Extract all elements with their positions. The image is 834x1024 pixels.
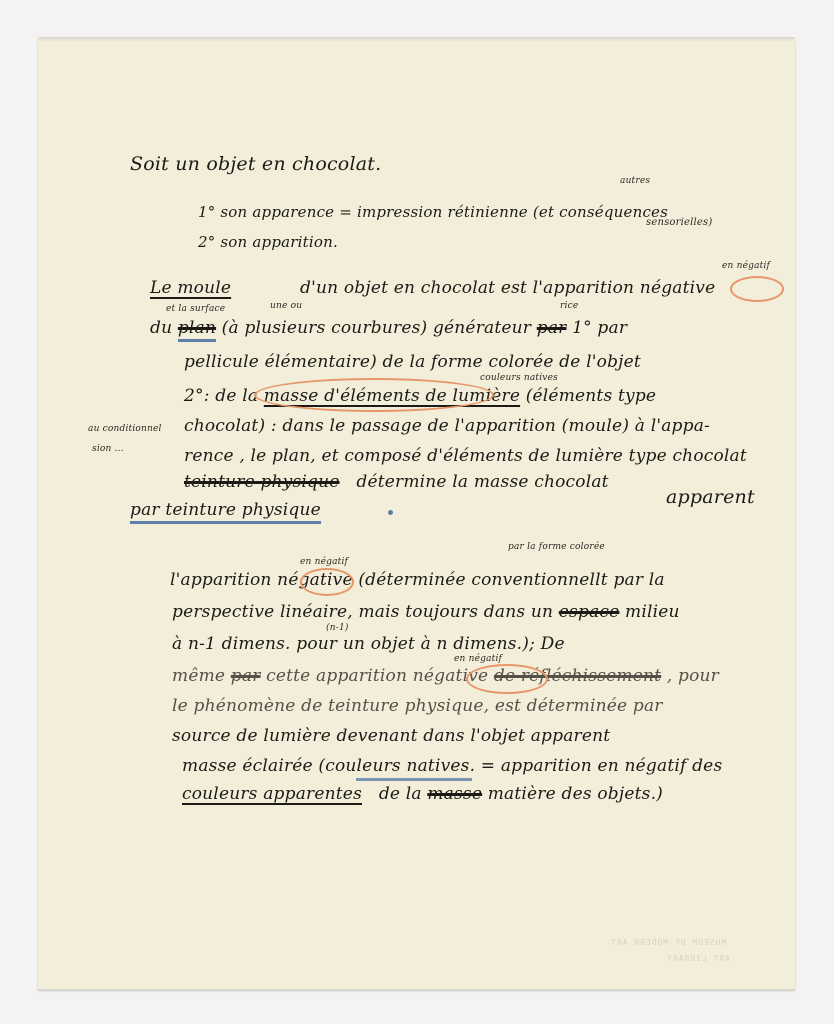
line-masse-eclairee: masse éclairée (couleurs natives. = appa… [182,758,722,775]
line-dimensions: à n-1 dimens. pour un objet à n dimens.)… [172,636,565,653]
annotation-n-1: (n-1) [326,624,349,633]
text-1-par: 1° par [572,318,627,338]
margin-note-conditionnel: au conditionnel [88,425,162,434]
word-du: du [150,318,172,338]
library-stamp-line2: ART LIBRARY [666,954,730,963]
line-apparition-negative: l'apparition négative (déterminée conven… [170,572,665,589]
blue-underline-natives [356,778,472,781]
line-source: source de lumière devenant dans l'objet … [172,728,610,745]
annotation-autres: autres [620,177,650,186]
struck-par-2: par [231,666,261,686]
line-du-plan: du plan (à plusieurs courbures) générate… [150,320,627,337]
annotation-rice: rice [560,302,578,311]
struck-plan: plan [178,318,216,342]
text-couleurs-apparentes: couleurs apparentes [182,784,362,804]
annotation-couleurs-natives: couleurs natives [480,374,558,383]
text-cette-apparition: cette apparition négative [266,666,488,686]
annotation-forme-coloree: par la forme colorée [508,543,605,552]
title-text: Soit un objet en chocolat. [130,153,381,175]
orange-circle-negative-2 [300,568,354,596]
annotation-une-ou: une ou [270,302,302,311]
orange-circle-masse [254,378,494,412]
annotation-en-negatif-3: en négatif [454,655,502,664]
text-meme: même [172,666,225,686]
line-pellicule: pellicule élémentaire) de la forme color… [184,354,641,371]
word-apparent: apparent [666,488,755,507]
margin-note-sion: sion ... [92,445,124,454]
text-de-la-2: de la [379,784,422,804]
line-meme: même par cette apparition négative de ré… [172,668,719,685]
line-chocolat: chocolat) : dans le passage de l'apparit… [184,418,710,435]
text-pour: , pour [667,666,719,686]
annotation-et-la-surface: et la surface [166,305,225,314]
line-title: Soit un objet en chocolat. [130,155,381,174]
line-determine: teinture physique détermine la masse cho… [184,474,609,491]
struck-par: par [537,318,567,338]
struck-teinture: teinture physique [184,472,340,492]
text-par-teinture: par teinture physique [130,500,321,524]
line-couleurs: couleurs apparentes de la masse matière … [182,786,663,803]
text-determine: détermine la masse chocolat [356,472,608,492]
manuscript-page: Soit un objet en chocolat. autres 1° son… [38,40,795,990]
orange-circle-negative [730,276,784,302]
annotation-sensorielles: sensorielles) [646,218,713,228]
line-rence: rence , le plan, et composé d'éléments d… [184,448,747,465]
text-matiere: matière des objets.) [488,784,663,804]
line-moule: d'un objet en chocolat est l'apparition … [300,280,715,297]
blue-dot [388,510,393,515]
text-milieu: milieu [625,602,680,622]
text-de-la: 2°: de la [184,386,258,406]
struck-espace: espace [559,602,620,622]
annotation-en-negatif-2: en négatif [300,558,348,567]
le-moule: Le moule [150,280,231,297]
annotation-en-negatif: en négatif [722,262,770,271]
line-phenomene: le phénomène de teinture physique, est d… [172,698,663,715]
text-perspective: perspective linéaire, mais toujours dans… [172,602,553,622]
library-stamp-line1: MUSEUM OF MODERN ART [610,938,726,947]
text-courbures: (à plusieurs courbures) générateur [222,318,531,338]
line-apparition: 2° son apparition. [198,235,338,250]
orange-circle-negative-3 [466,664,548,694]
text-elements-type: (éléments type [526,386,656,406]
line-par-teinture: par teinture physique [130,502,321,519]
line-perspective: perspective linéaire, mais toujours dans… [172,604,680,621]
struck-masse: masse [427,784,482,804]
line-apparence: 1° son apparence = impression rétinienne… [198,205,668,220]
